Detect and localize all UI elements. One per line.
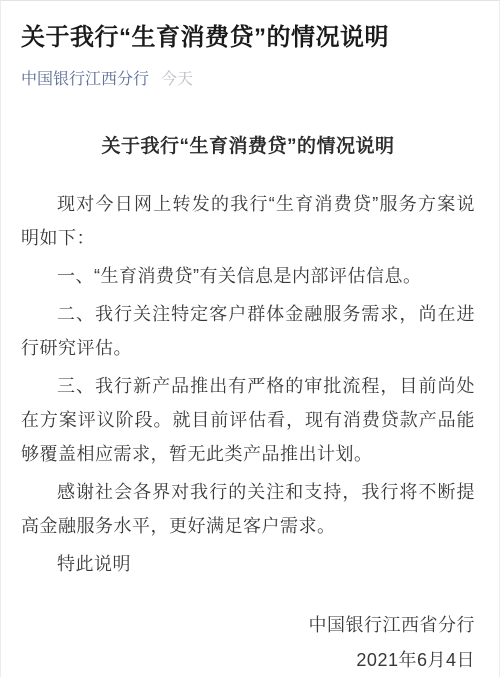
paragraph-point-3: 三、我行新产品推出有严格的审批流程，目前尚处在方案评议阶段。就目前评估看，现有消… [21,369,475,471]
account-name-link[interactable]: 中国银行江西分行 [21,69,149,91]
paragraph-point-2: 二、我行关注特定客户群体金融服务需求，尚在进行研究评估。 [21,297,475,365]
paragraph-closing: 特此说明 [21,547,475,581]
paragraph-intro: 现对今日网上转发的我行“生育消费贷”服务方案说明如下： [21,187,475,255]
article-title: 关于我行“生育消费贷”的情况说明 [21,21,475,55]
publish-time: 今天 [161,69,193,91]
content-heading: 关于我行“生育消费贷”的情况说明 [21,133,475,160]
article-meta: 中国银行江西分行 今天 [21,69,475,91]
article-page: 关于我行“生育消费贷”的情况说明 中国银行江西分行 今天 关于我行“生育消费贷”… [0,0,500,677]
article-content: 关于我行“生育消费贷”的情况说明 现对今日网上转发的我行“生育消费贷”服务方案说… [21,133,475,677]
paragraph-point-1: 一、“生育消费贷”有关信息是内部评估信息。 [21,259,475,293]
signature-name: 中国银行江西省分行 [21,608,475,643]
signature-block: 中国银行江西省分行 2021年6月4日 [21,608,475,677]
paragraph-thanks: 感谢社会各界对我行的关注和支持，我行将不断提高金融服务水平，更好满足客户需求。 [21,475,475,543]
signature-date: 2021年6月4日 [21,643,475,677]
